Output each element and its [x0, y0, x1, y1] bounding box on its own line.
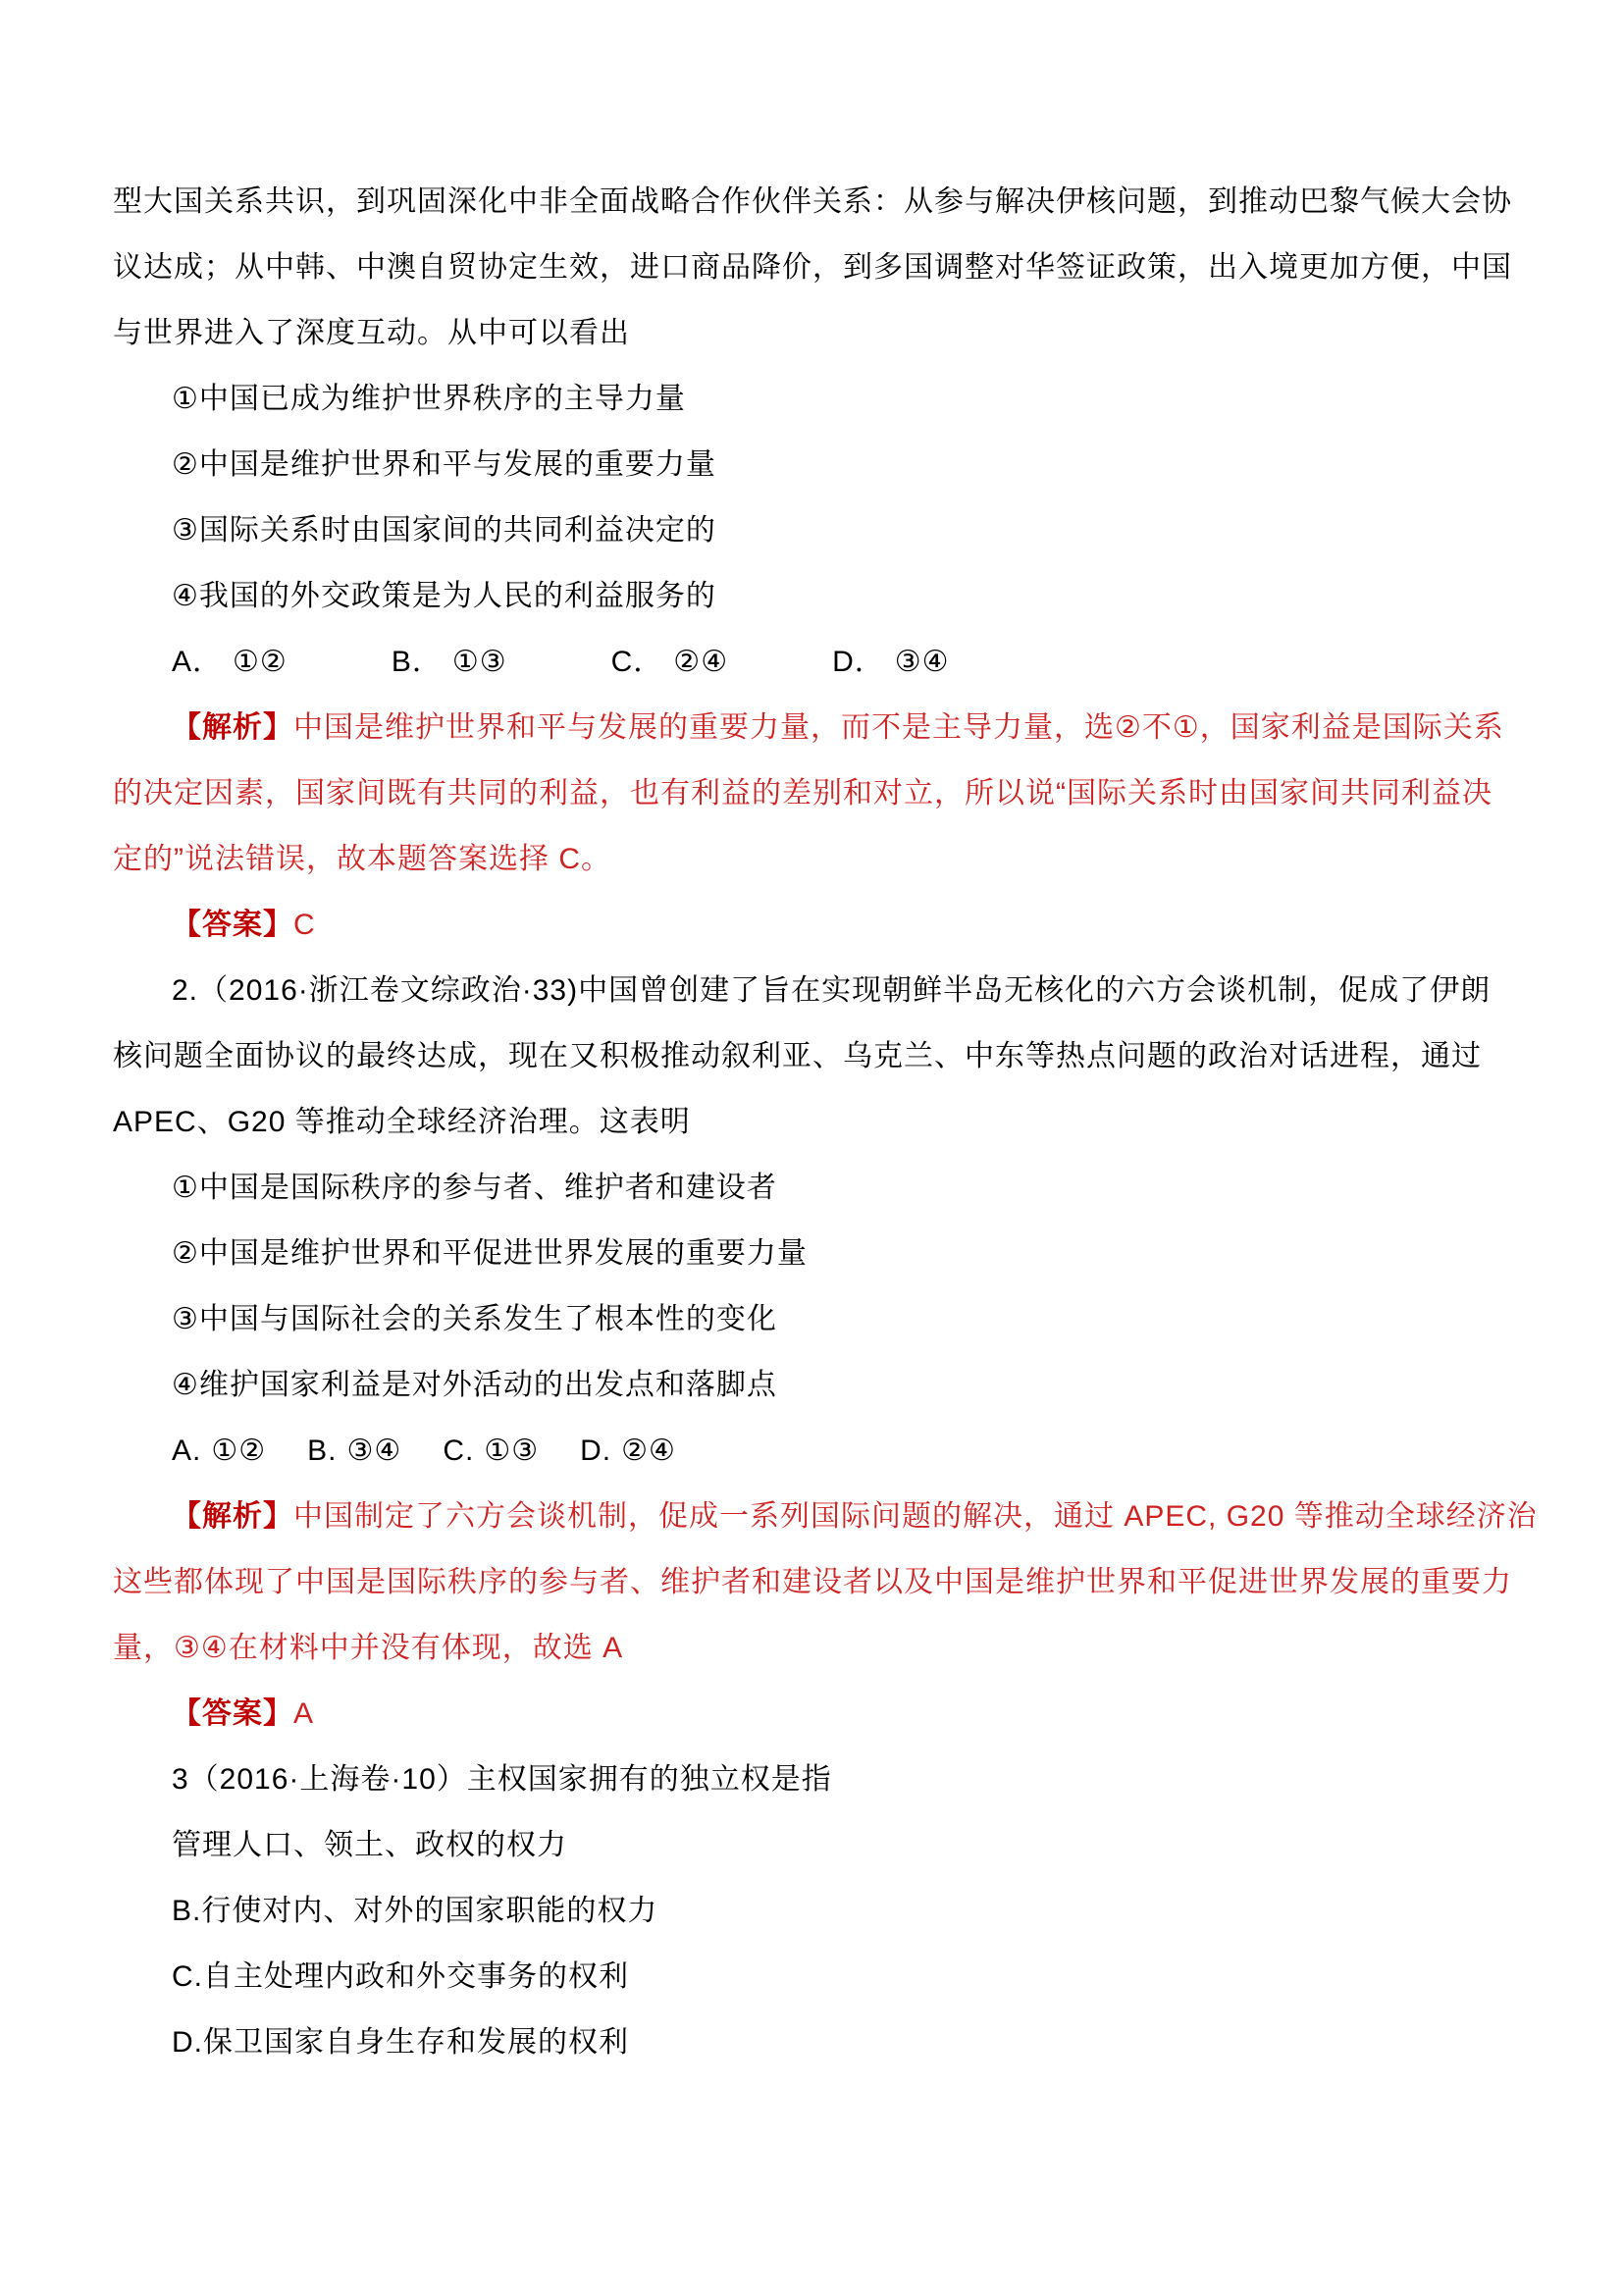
q1-statement-2: ②中国是维护世界和平与发展的重要力量: [113, 432, 1535, 497]
q1-statement-3: ③国际关系时由国家间的共同利益决定的: [113, 497, 1535, 563]
document-content: 型大国关系共识，到巩固深化中非全面战略合作伙伴关系：从参与解决伊核问题，到推动巴…: [0, 0, 1623, 2075]
q1-stem-line: 议达成；从中韩、中澳自贸协定生效，进口商品降价，到多国调整对华签证政策，出入境更…: [113, 235, 1535, 300]
q1-answer-line-label: 【答案】: [172, 909, 293, 941]
option-letter: B．: [392, 646, 443, 678]
option-numbers: ①②: [211, 1435, 266, 1467]
option-a: A．①②: [172, 629, 288, 695]
q1-analysis-line: 【解析】中国是维护世界和平与发展的重要力量，而不是主导力量，选②不①，国家利益是…: [113, 695, 1535, 760]
q2-statement-3: ③中国与国际社会的关系发生了根本性的变化: [113, 1286, 1535, 1352]
q2-answer-line: 【答案】A: [113, 1681, 1535, 1747]
option-c: C.①③: [443, 1418, 539, 1484]
q3-stem-line: 3（2016·上海卷·10）主权国家拥有的独立权是指: [113, 1747, 1535, 1812]
option-d: D．③④: [832, 629, 949, 695]
q2-statement-4: ④维护国家利益是对外活动的出发点和落脚点: [113, 1352, 1535, 1418]
q1-statement-1: ①中国已成为维护世界秩序的主导力量: [113, 366, 1535, 432]
option-numbers: ③④: [347, 1435, 402, 1467]
q2-analysis-line: 量，③④在材料中并没有体现，故选 A: [113, 1615, 1535, 1681]
option-numbers: ①③: [484, 1435, 539, 1467]
q2-stem-line: APEC、G20 等推动全球经济治理。这表明: [113, 1089, 1535, 1155]
q2-analysis-line: 【解析】中国制定了六方会谈机制，促成一系列国际问题的解决，通过 APEC, G2…: [113, 1484, 1535, 1549]
option-d: D.②④: [580, 1418, 676, 1484]
q1-stem-line: 与世界进入了深度互动。从中可以看出: [113, 300, 1535, 366]
option-letter: C.: [443, 1435, 474, 1467]
document-page: 型大国关系共识，到巩固深化中非全面战略合作伙伴关系：从参与解决伊核问题，到推动巴…: [0, 0, 1623, 2296]
q2-analysis-line: 这些都体现了中国是国际秩序的参与者、维护者和建设者以及中国是维护世界和平促进世界…: [113, 1549, 1535, 1615]
q3-option-d: D.保卫国家自身生存和发展的权利: [113, 2009, 1535, 2075]
q1-analysis-line-text: 中国是维护世界和平与发展的重要力量，而不是主导力量，选②不①，国家利益是国际关系: [293, 711, 1504, 744]
q1-analysis-line: 的决定因素，国家间既有共同的利益，也有利益的差别和对立，所以说“国际关系时由国家…: [113, 760, 1535, 826]
option-numbers: ①③: [452, 646, 507, 678]
q2-answer-line-label: 【答案】: [172, 1697, 293, 1730]
q3-option-c: C.自主处理内政和外交事务的权利: [113, 1944, 1535, 2009]
option-numbers: ①②: [233, 646, 288, 678]
q2-stem-line: 核问题全面协议的最终达成，现在又积极推动叙利亚、乌克兰、中东等热点问题的政治对话…: [113, 1023, 1535, 1089]
q1-analysis-line-label: 【解析】: [172, 711, 293, 744]
q1-options-row: A．①②B．①③C．②④D．③④: [113, 629, 1535, 695]
option-numbers: ③④: [895, 646, 950, 678]
q1-statement-4: ④我国的外交政策是为人民的利益服务的: [113, 563, 1535, 629]
q2-options-row: A.①②B.③④C.①③D.②④: [113, 1418, 1535, 1484]
option-b: B．①③: [392, 629, 507, 695]
option-b: B.③④: [307, 1418, 401, 1484]
option-letter: A.: [172, 1435, 201, 1467]
q2-analysis-line-label: 【解析】: [172, 1500, 293, 1533]
q1-stem-line: 型大国关系共识，到巩固深化中非全面战略合作伙伴关系：从参与解决伊核问题，到推动巴…: [113, 169, 1535, 235]
option-letter: A．: [172, 646, 223, 678]
q2-answer-line-text: A: [293, 1697, 314, 1730]
option-numbers: ②④: [673, 646, 728, 678]
option-letter: C．: [611, 646, 664, 678]
option-letter: D.: [580, 1435, 611, 1467]
q2-stem-line: 2.（2016·浙江卷文综政治·33)中国曾创建了旨在实现朝鲜半岛无核化的六方会…: [113, 958, 1535, 1023]
q2-statement-1: ①中国是国际秩序的参与者、维护者和建设者: [113, 1155, 1535, 1221]
q1-answer-line: 【答案】C: [113, 892, 1535, 958]
option-a: A.①②: [172, 1418, 266, 1484]
option-letter: B.: [307, 1435, 337, 1467]
q1-analysis-line: 定的”说法错误，故本题答案选择 C。: [113, 826, 1535, 892]
option-letter: D．: [832, 646, 885, 678]
q3-option-a: 管理人口、领土、政权的权力: [113, 1812, 1535, 1878]
option-c: C．②④: [611, 629, 728, 695]
q1-answer-line-text: C: [293, 909, 316, 941]
option-numbers: ②④: [621, 1435, 676, 1467]
q3-option-b: B.行使对内、对外的国家职能的权力: [113, 1878, 1535, 1944]
q2-statement-2: ②中国是维护世界和平促进世界发展的重要力量: [113, 1221, 1535, 1286]
q2-analysis-line-text: 中国制定了六方会谈机制，促成一系列国际问题的解决，通过 APEC, G20 等推…: [293, 1500, 1535, 1533]
